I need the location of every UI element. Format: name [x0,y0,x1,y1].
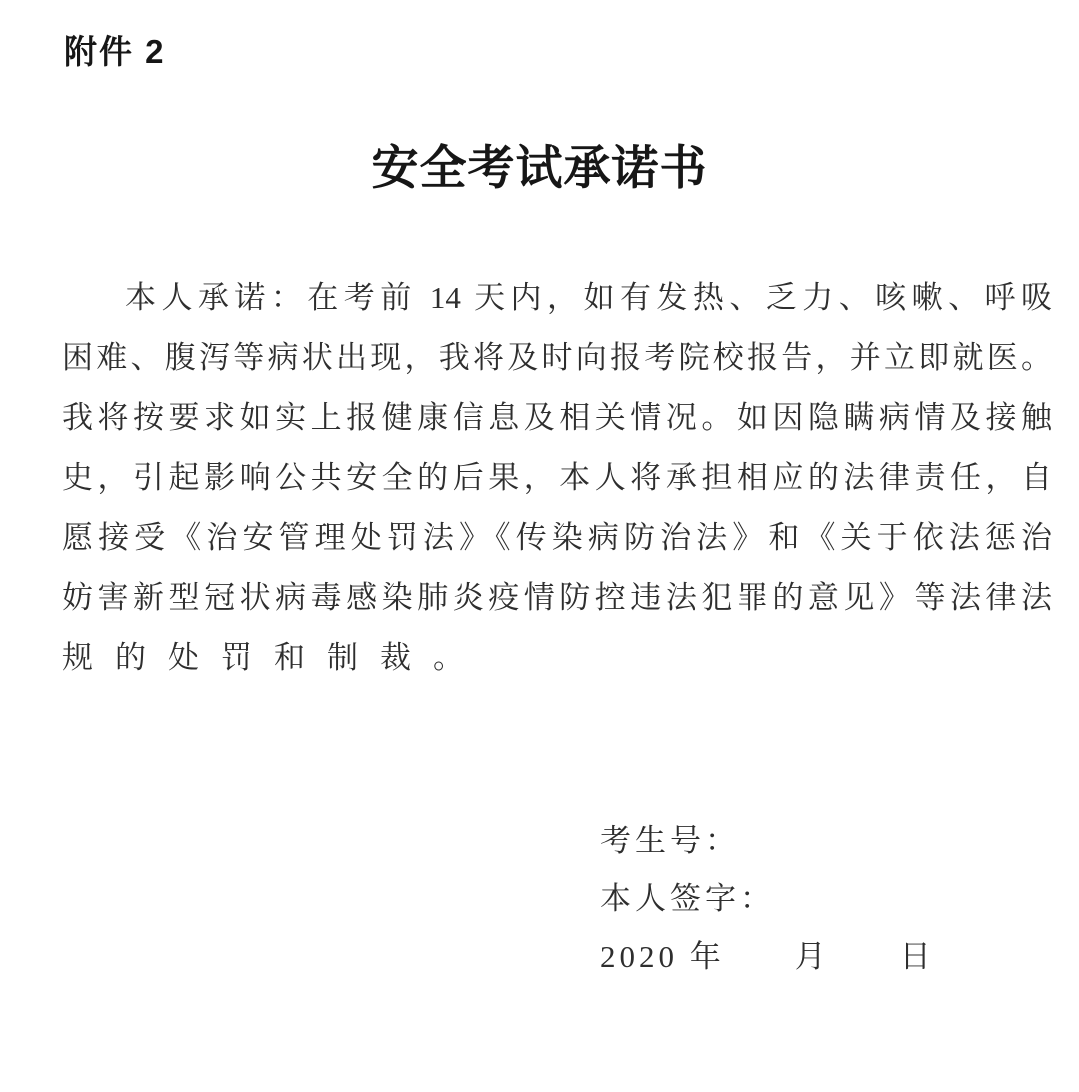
body-line: 妨害新型冠状病毒感染肺炎疫情防控违法犯罪的意见》等法律法 [62,568,1052,628]
signature-label: 本人签字： [600,870,1020,928]
body-line: 困难、腹泻等病状出现，我将及时向报考院校报告，并立即就医。 [62,328,1052,388]
date-line: 2020 年 月 日 [600,928,1020,986]
body-line: 规的处罚和制裁。 [62,628,1052,688]
attachment-label: 附件 2 [64,34,166,70]
signature-block: 考生号： 本人签字： 2020 年 月 日 [600,812,1020,986]
candidate-number-label: 考生号： [600,812,1020,870]
commitment-paragraph: 本人承诺：在考前 14 天内，如有发热、乏力、咳嗽、呼吸 困难、腹泻等病状出现，… [62,268,1052,688]
body-line: 史，引起影响公共安全的后果，本人将承担相应的法律责任，自 [62,448,1052,508]
document-page: 附件 2 安全考试承诺书 本人承诺：在考前 14 天内，如有发热、乏力、咳嗽、呼… [0,0,1079,1092]
body-line: 本人承诺：在考前 14 天内，如有发热、乏力、咳嗽、呼吸 [62,268,1052,328]
document-title: 安全考试承诺书 [0,140,1079,196]
body-line: 愿接受《治安管理处罚法》《传染病防治法》和《关于依法惩治 [62,508,1052,568]
body-line: 我将按要求如实上报健康信息及相关情况。如因隐瞒病情及接触 [62,388,1052,448]
